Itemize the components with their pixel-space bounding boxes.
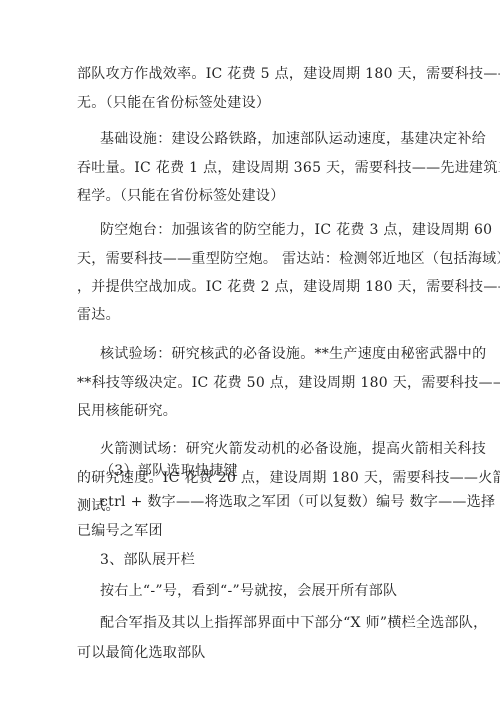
text-line: 可以最简化选取部队 xyxy=(77,645,206,661)
text-line: （3）部队选取快捷键 xyxy=(100,463,238,479)
text-line: ，并提供空战加成。IC 花费 2 点，建设周期 180 天，需要科技—— xyxy=(77,279,500,295)
text-line: 雷达。 xyxy=(77,307,120,323)
text-line: **科技等级决定。IC 花费 50 点，建设周期 180 天，需要科技—— xyxy=(77,375,500,391)
text-line: 火箭测试场：研究火箭发动机的必备设施，提高火箭相关科技 xyxy=(100,441,486,457)
text-line: 配合军指及其以上指挥部界面中下部分“X 师”横栏全选部队， xyxy=(100,615,487,631)
text-line: 按右上“-”号，看到“-”号就按，会展开所有部队 xyxy=(100,583,397,599)
text-line: 吞吐量。IC 花费 1 点，建设周期 365 天，需要科技——先进建筑工 xyxy=(77,160,500,176)
text-line: 程学。（只能在省份标签处建设） xyxy=(77,188,285,204)
text-line: 天，需要科技——重型防空炮。 雷达站：检测邻近地区（包括海域） xyxy=(77,251,500,267)
text-line: 部队攻方作战效率。IC 花费 5 点，建设周期 180 天，需要科技—— xyxy=(77,66,500,82)
text-line: 核试验场：研究核武的必备设施。**生产速度由秘密武器中的 xyxy=(100,346,486,362)
document-page: 部队攻方作战效率。IC 花费 5 点，建设周期 180 天，需要科技——无。（只… xyxy=(0,0,500,708)
text-line: 无。（只能在省份标签处建设） xyxy=(77,95,270,111)
text-line: 3、部队展开栏 xyxy=(100,552,195,568)
text-line: 防空炮台：加强该省的防空能力，IC 花费 3 点，建设周期 60 xyxy=(100,222,492,238)
text-line: ctrl + 数字——将选取之军团（可以复数）编号 数字——选择 xyxy=(100,494,495,510)
text-line: 民用核能研究。 xyxy=(77,403,177,419)
text-line: 已编号之军团 xyxy=(77,523,163,539)
text-line: 基础设施：建设公路铁路，加速部队运动速度，基建决定补给 xyxy=(100,131,486,147)
